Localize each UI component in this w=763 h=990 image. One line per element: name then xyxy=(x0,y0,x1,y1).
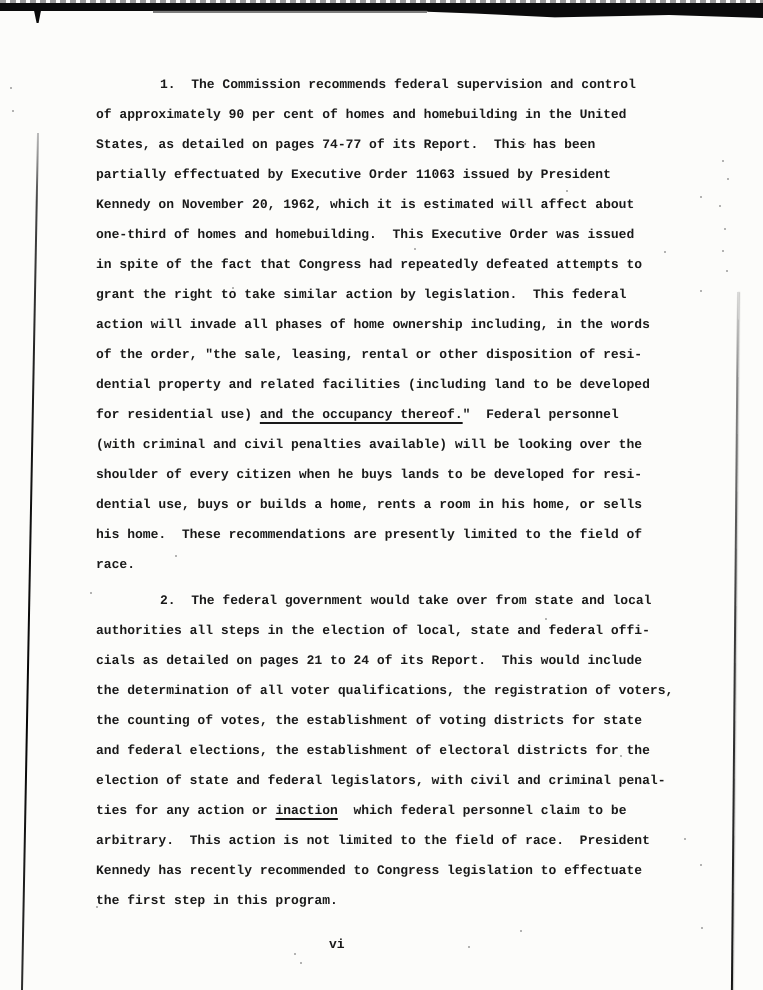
page-number: vi xyxy=(329,930,345,960)
paragraph: 1. The Commission recommends federal sup… xyxy=(96,70,701,580)
scan-artifact-left-line xyxy=(21,133,39,990)
noise-speck xyxy=(12,110,14,112)
document-text: 1. The Commission recommends federal sup… xyxy=(96,70,701,916)
document-page: 1. The Commission recommends federal sup… xyxy=(0,0,763,990)
text-segment: authorities all steps in the election of… xyxy=(96,623,650,638)
text-line: action will invade all phases of home ow… xyxy=(96,310,701,340)
text-line: election of state and federal legislator… xyxy=(96,766,701,796)
text-line: States, as detailed on pages 74-77 of it… xyxy=(96,130,701,160)
underlined-text: and the occupancy thereof. xyxy=(260,407,463,422)
text-segment: which federal personnel claim to be xyxy=(338,803,627,818)
text-segment: cials as detailed on pages 21 to 24 of i… xyxy=(96,653,642,668)
text-segment: the counting of votes, the establishment… xyxy=(96,713,642,728)
text-segment: one-third of homes and homebuilding. Thi… xyxy=(96,227,634,242)
text-segment: grant the right to take similar action b… xyxy=(96,287,627,302)
noise-speck xyxy=(90,592,92,594)
text-segment: of approximately 90 per cent of homes an… xyxy=(96,107,627,122)
scan-band-spike xyxy=(33,10,42,23)
text-segment: of the order, "the sale, leasing, rental… xyxy=(96,347,642,362)
text-segment: race. xyxy=(96,557,135,572)
paragraph: 2. The federal government would take ove… xyxy=(96,586,701,916)
text-segment: 1. The Commission recommends federal sup… xyxy=(160,77,636,92)
noise-speck xyxy=(726,270,728,272)
text-segment: for residential use) xyxy=(96,407,260,422)
text-segment: Kennedy has recently recommended to Cong… xyxy=(96,863,642,878)
text-segment: shoulder of every citizen when he buys l… xyxy=(96,467,642,482)
noise-speck xyxy=(10,87,12,89)
text-line: race. xyxy=(96,550,701,580)
text-segment: Kennedy on November 20, 1962, which it i… xyxy=(96,197,634,212)
scan-artifact-right-line xyxy=(731,292,739,990)
noise-speck xyxy=(300,962,302,964)
text-segment: election of state and federal legislator… xyxy=(96,773,666,788)
text-segment: dential use, buys or builds a home, rent… xyxy=(96,497,642,512)
noise-speck xyxy=(727,178,729,180)
noise-speck xyxy=(724,228,726,230)
text-line: authorities all steps in the election of… xyxy=(96,616,701,646)
text-segment: his home. These recommendations are pres… xyxy=(96,527,642,542)
noise-speck xyxy=(722,160,724,162)
text-segment: (with criminal and civil penalties avail… xyxy=(96,437,642,452)
noise-speck xyxy=(294,953,296,955)
text-line: of approximately 90 per cent of homes an… xyxy=(96,100,701,130)
text-segment: " Federal personnel xyxy=(463,407,619,422)
text-line: one-third of homes and homebuilding. Thi… xyxy=(96,220,701,250)
text-line: dential property and related facilities … xyxy=(96,370,701,400)
text-segment: and federal elections, the establishment… xyxy=(96,743,650,758)
text-segment: the determination of all voter qualifica… xyxy=(96,683,673,698)
text-line: dential use, buys or builds a home, rent… xyxy=(96,490,701,520)
text-line: for residential use) and the occupancy t… xyxy=(96,400,701,430)
text-segment: States, as detailed on pages 74-77 of it… xyxy=(96,137,595,152)
noise-speck xyxy=(468,946,470,948)
noise-speck xyxy=(722,250,724,252)
text-segment: dential property and related facilities … xyxy=(96,377,650,392)
text-line: (with criminal and civil penalties avail… xyxy=(96,430,701,460)
noise-speck xyxy=(719,205,721,207)
text-line: 2. The federal government would take ove… xyxy=(96,586,701,616)
text-segment: ties for any action or xyxy=(96,803,275,818)
text-line: 1. The Commission recommends federal sup… xyxy=(96,70,701,100)
text-line: of the order, "the sale, leasing, rental… xyxy=(96,340,701,370)
text-segment: arbitrary. This action is not limited to… xyxy=(96,833,650,848)
text-line: the determination of all voter qualifica… xyxy=(96,676,701,706)
text-line: the first step in this program. xyxy=(96,886,701,916)
text-segment: 2. The federal government would take ove… xyxy=(160,593,651,608)
text-line: his home. These recommendations are pres… xyxy=(96,520,701,550)
text-segment: the first step in this program. xyxy=(96,893,338,908)
text-line: cials as detailed on pages 21 to 24 of i… xyxy=(96,646,701,676)
text-segment: in spite of the fact that Congress had r… xyxy=(96,257,642,272)
text-line: the counting of votes, the establishment… xyxy=(96,706,701,736)
scan-band-right xyxy=(427,3,763,18)
text-segment: partially effectuated by Executive Order… xyxy=(96,167,611,182)
text-line: arbitrary. This action is not limited to… xyxy=(96,826,701,856)
text-line: partially effectuated by Executive Order… xyxy=(96,160,701,190)
text-line: shoulder of every citizen when he buys l… xyxy=(96,460,701,490)
text-line: and federal elections, the establishment… xyxy=(96,736,701,766)
scan-band-mid xyxy=(153,10,428,13)
text-line: Kennedy has recently recommended to Cong… xyxy=(96,856,701,886)
text-segment: action will invade all phases of home ow… xyxy=(96,317,650,332)
text-line: ties for any action or inaction which fe… xyxy=(96,796,701,826)
noise-speck xyxy=(701,927,703,929)
underlined-text: inaction xyxy=(275,803,337,818)
text-line: Kennedy on November 20, 1962, which it i… xyxy=(96,190,701,220)
text-line: in spite of the fact that Congress had r… xyxy=(96,250,701,280)
noise-speck xyxy=(520,930,522,932)
text-line: grant the right to take similar action b… xyxy=(96,280,701,310)
